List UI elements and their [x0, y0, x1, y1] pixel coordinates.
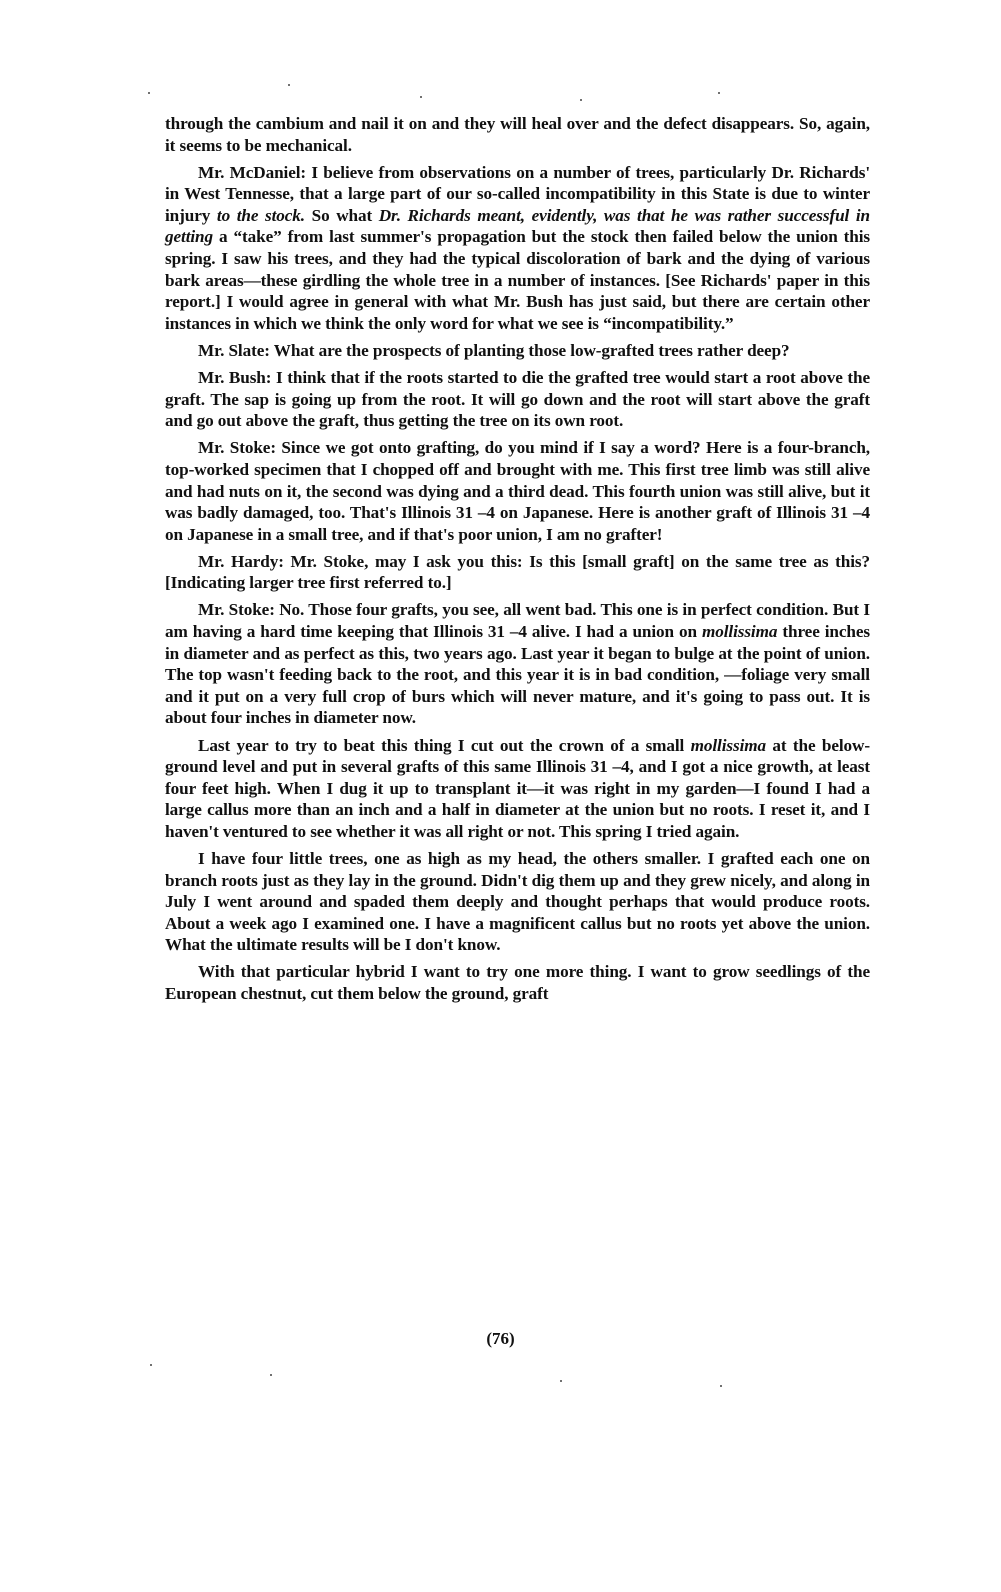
scan-speck [420, 96, 422, 98]
text-run: With that particular hybrid I want to tr… [165, 962, 870, 1003]
italic-text: to the stock. [217, 206, 305, 225]
paragraph: Mr. McDaniel: I believe from observation… [165, 162, 870, 335]
text-run: Mr. Stoke: Since we got onto grafting, d… [165, 438, 870, 543]
text-run: I have four little trees, one as high as… [165, 849, 870, 954]
paragraph: Mr. Slate: What are the prospects of pla… [165, 340, 870, 362]
page-number: (76) [0, 1329, 1001, 1349]
document-body: through the cambium and nail it on and t… [165, 113, 870, 1010]
paragraph: I have four little trees, one as high as… [165, 848, 870, 956]
scan-speck [718, 92, 720, 94]
paragraph: With that particular hybrid I want to tr… [165, 961, 870, 1004]
scan-speck [148, 92, 150, 94]
text-run: a “take” from last summer's propagation … [165, 227, 870, 332]
scan-speck [580, 99, 582, 101]
text-run: through the cambium and nail it on and t… [165, 114, 870, 155]
paragraph: through the cambium and nail it on and t… [165, 113, 870, 156]
text-run: Mr. Bush: I think that if the roots star… [165, 368, 870, 430]
italic-text: mollissima [702, 622, 777, 641]
scan-speck [270, 1374, 272, 1376]
scan-speck [720, 1385, 722, 1387]
paragraph: Mr. Hardy: Mr. Stoke, may I ask you this… [165, 551, 870, 594]
paragraph: Mr. Stoke: No. Those four grafts, you se… [165, 599, 870, 729]
text-run: Last year to try to beat this thing I cu… [198, 736, 691, 755]
italic-text: mollissima [691, 736, 766, 755]
paragraph: Last year to try to beat this thing I cu… [165, 735, 870, 843]
scan-speck [150, 1364, 152, 1366]
text-run: Mr. Slate: What are the prospects of pla… [198, 341, 790, 360]
paragraph: Mr. Stoke: Since we got onto grafting, d… [165, 437, 870, 545]
scan-speck [288, 84, 290, 86]
paragraph: Mr. Bush: I think that if the roots star… [165, 367, 870, 432]
text-run: Mr. Hardy: Mr. Stoke, may I ask you this… [165, 552, 870, 593]
text-run: So what [305, 206, 379, 225]
scan-speck [560, 1380, 562, 1382]
